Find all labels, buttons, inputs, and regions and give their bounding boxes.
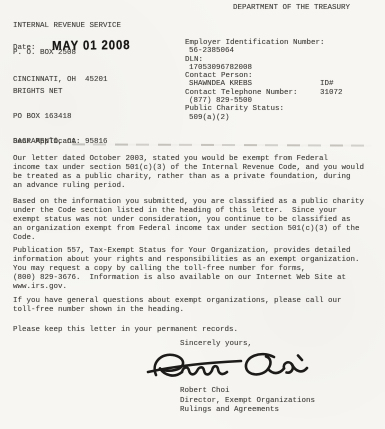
body-paragraph: Please keep this letter in your permanen… [13,326,238,335]
body-paragraph: Publication 557, Tax-Exempt Status for Y… [13,247,360,292]
valediction: Sincerely yours, [180,340,252,348]
phone-label: Contact Telephone Number: [185,89,325,97]
signature-image [146,348,314,390]
signer-title: Rulings and Agreements [180,406,315,416]
body-paragraph: If you have general questions about exem… [13,297,342,315]
signer-block: Robert Choi Director, Exempt Organizatio… [180,387,315,416]
contact-person-value: SHAWNDEA KREBS [189,80,252,88]
dln-label: DLN: [185,56,325,64]
recipient-line: BRIGHTS NET [13,88,108,96]
dln-value: 17053096782008 [185,64,325,72]
redaction-smudge [72,143,372,146]
irs-letter-document: INTERNAL REVENUE SERVICE P. O. BOX 2508 … [0,0,385,429]
recipient-address: BRIGHTS NET PO BOX 163418 SACRAMENTO, CA… [13,71,108,163]
charity-status-value: 509(a)(2) [185,114,325,122]
contact-person-row: SHAWNDEA KREBS ID# 31072 [185,80,325,88]
signer-title: Director, Exempt Organizations [180,397,315,407]
letter-details-block: Employer Identification Number: 56-23850… [185,39,325,122]
department-heading: DEPARTMENT OF THE TREASURY [233,4,350,12]
ein-value: 56-2385064 [185,47,325,55]
salutation: Dear Applicant: [13,138,81,146]
date-stamp: MAY 01 2008 [52,37,131,53]
sender-line: INTERNAL REVENUE SERVICE [13,22,121,31]
recipient-line: PO BOX 163418 [13,113,108,121]
body-paragraph: Based on the information you submitted, … [13,198,364,243]
body-paragraph: Our letter dated October 2003, stated yo… [13,155,364,191]
contact-person-id: ID# 31072 [320,80,343,97]
signer-name: Robert Choi [180,387,315,397]
charity-status-label: Public Charity Status: [185,105,325,113]
date-label: Date: [13,44,36,52]
